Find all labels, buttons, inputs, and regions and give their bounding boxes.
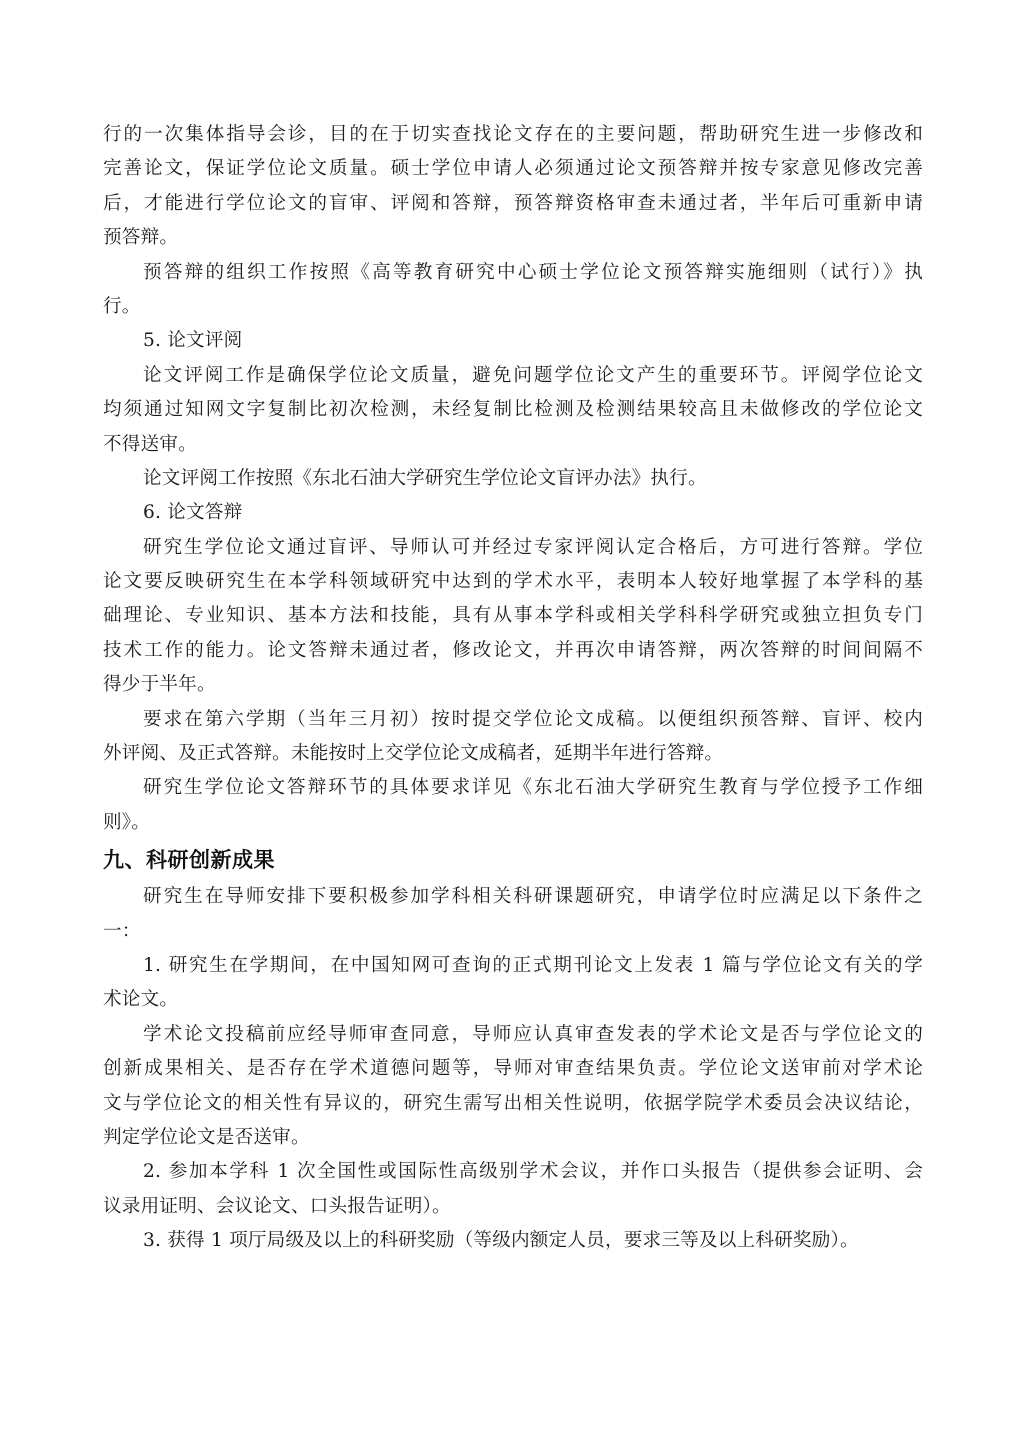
text-line: 文与学位论文的相关性有异议的，研究生需写出相关性说明，依据学院学术委员会决议结论… xyxy=(103,1087,923,1121)
paragraph-defense-details-reference: 研究生学位论文答辩环节的具体要求详见《东北石油大学研究生教育与学位授予工作细 则… xyxy=(103,771,923,840)
paragraph-condition-2: 2. 参加本学科 1 次全国性或国际性高级别学术会议，并作口头报告（提供参会证明… xyxy=(103,1155,923,1224)
text-line: 外评阅、及正式答辩。未能按时上交学位论文成稿者，延期半年进行答辩。 xyxy=(103,737,923,771)
subheading-thesis-review: 5. 论文评阅 xyxy=(103,324,923,358)
text-line: 2. 参加本学科 1 次全国性或国际性高级别学术会议，并作口头报告（提供参会证明… xyxy=(103,1155,923,1189)
paragraph-research-conditions-intro: 研究生在导师安排下要积极参加学科相关科研课题研究，申请学位时应满足以下条件之 一… xyxy=(103,880,923,949)
paragraph-condition-1: 1. 研究生在学期间，在中国知网可查询的正式期刊论文上发表 1 篇与学位论文有关… xyxy=(103,949,923,1018)
text-line: 1. 研究生在学期间，在中国知网可查询的正式期刊论文上发表 1 篇与学位论文有关… xyxy=(103,949,923,983)
text-line: 论文评阅工作是确保学位论文质量，避免问题学位论文产生的重要环节。评阅学位论文 xyxy=(103,359,923,393)
text-line: 行。 xyxy=(103,290,923,324)
paragraph-review-importance: 论文评阅工作是确保学位论文质量，避免问题学位论文产生的重要环节。评阅学位论文 均… xyxy=(103,359,923,462)
text-line: 议录用证明、会议论文、口头报告证明）。 xyxy=(103,1190,923,1224)
text-line: 后，才能进行学位论文的盲审、评阅和答辩，预答辩资格审查未通过者，半年后可重新申请 xyxy=(103,187,923,221)
text-line: 论文评阅工作按照《东北石油大学研究生学位论文盲评办法》执行。 xyxy=(103,462,923,496)
text-line: 一： xyxy=(103,915,923,949)
text-line: 研究生在导师安排下要积极参加学科相关科研课题研究，申请学位时应满足以下条件之 xyxy=(103,880,923,914)
text-line: 判定学位论文是否送审。 xyxy=(103,1121,923,1155)
text-line: 预答辩。 xyxy=(103,221,923,255)
text-line: 3. 获得 1 项厅局级及以上的科研奖励（等级内额定人员，要求三等及以上科研奖励… xyxy=(103,1224,923,1258)
text-line: 论文要反映研究生在本学科领域研究中达到的学术水平，表明本人较好地掌握了本学科的基 xyxy=(103,565,923,599)
subheading-text: 6. 论文答辩 xyxy=(103,496,923,530)
paragraph-review-rules: 论文评阅工作按照《东北石油大学研究生学位论文盲评办法》执行。 xyxy=(103,462,923,496)
text-line: 研究生学位论文答辩环节的具体要求详见《东北石油大学研究生教育与学位授予工作细 xyxy=(103,771,923,805)
text-line: 不得送审。 xyxy=(103,428,923,462)
paragraph-condition-3: 3. 获得 1 项厅局级及以上的科研奖励（等级内额定人员，要求三等及以上科研奖励… xyxy=(103,1224,923,1258)
subheading-text: 5. 论文评阅 xyxy=(103,324,923,358)
text-line: 技术工作的能力。论文答辩未通过者，修改论文，并再次申请答辩，两次答辩的时间间隔不 xyxy=(103,634,923,668)
paragraph-paper-review-by-advisor: 学术论文投稿前应经导师审查同意，导师应认真审查发表的学术论文是否与学位论文的 创… xyxy=(103,1018,923,1156)
paragraph-pre-defense-organization: 预答辩的组织工作按照《高等教育研究中心硕士学位论文预答辩实施细则（试行）》执 行… xyxy=(103,256,923,325)
text-line: 研究生学位论文通过盲评、导师认可并经过专家评阅认定合格后，方可进行答辩。学位 xyxy=(103,531,923,565)
text-line: 要求在第六学期（当年三月初）按时提交学位论文成稿。以便组织预答辩、盲评、校内 xyxy=(103,703,923,737)
text-line: 得少于半年。 xyxy=(103,668,923,702)
text-line: 完善论文，保证学位论文质量。硕士学位申请人必须通过论文预答辩并按专家意见修改完善 xyxy=(103,152,923,186)
text-line: 则》。 xyxy=(103,806,923,840)
paragraph-pre-defense-purpose: 行的一次集体指导会诊，目的在于切实查找论文存在的主要问题，帮助研究生进一步修改和… xyxy=(103,118,923,256)
paragraph-submission-deadline: 要求在第六学期（当年三月初）按时提交学位论文成稿。以便组织预答辩、盲评、校内 外… xyxy=(103,703,923,772)
document-page: 行的一次集体指导会诊，目的在于切实查找论文存在的主要问题，帮助研究生进一步修改和… xyxy=(103,118,923,1259)
text-line: 础理论、专业知识、基本方法和技能，具有从事本学科或相关学科科学研究或独立担负专门 xyxy=(103,599,923,633)
section-heading-research-achievements: 九、科研创新成果 xyxy=(103,840,923,880)
text-line: 预答辩的组织工作按照《高等教育研究中心硕士学位论文预答辩实施细则（试行）》执 xyxy=(103,256,923,290)
text-line: 学术论文投稿前应经导师审查同意，导师应认真审查发表的学术论文是否与学位论文的 xyxy=(103,1018,923,1052)
text-line: 术论文。 xyxy=(103,983,923,1017)
paragraph-defense-requirements: 研究生学位论文通过盲评、导师认可并经过专家评阅认定合格后，方可进行答辩。学位 论… xyxy=(103,531,923,703)
text-line: 均须通过知网文字复制比初次检测，未经复制比检测及检测结果较高且未做修改的学位论文 xyxy=(103,393,923,427)
text-line: 创新成果相关、是否存在学术道德问题等，导师对审查结果负责。学位论文送审前对学术论 xyxy=(103,1052,923,1086)
text-line: 行的一次集体指导会诊，目的在于切实查找论文存在的主要问题，帮助研究生进一步修改和 xyxy=(103,118,923,152)
subheading-thesis-defense: 6. 论文答辩 xyxy=(103,496,923,530)
